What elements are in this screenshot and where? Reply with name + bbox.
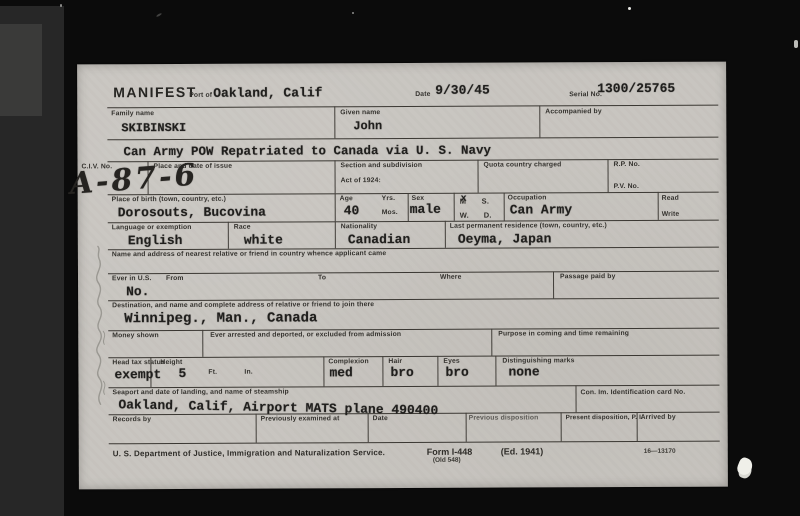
divider xyxy=(228,222,229,249)
divider xyxy=(109,441,720,445)
section-subdivision-label: Section and subdivision xyxy=(341,162,423,169)
rp-no-label: R.P. No. xyxy=(614,161,640,168)
distinguishing-marks-value: none xyxy=(508,364,539,379)
divider xyxy=(108,220,719,224)
residence-value: Oeyma, Japan xyxy=(458,231,552,246)
age-label: Age xyxy=(340,195,353,202)
destination-label: Destination, and name and complete addre… xyxy=(112,301,374,309)
divider xyxy=(256,414,257,443)
form-number: Form I-448 xyxy=(427,447,473,457)
arrived-by-label: Arrived by xyxy=(641,414,676,421)
divider xyxy=(408,193,409,221)
race-value: white xyxy=(244,233,283,248)
from-label: From xyxy=(166,275,184,282)
print-code: 16—13170 xyxy=(644,448,676,455)
manifest-title: MANIFEST xyxy=(113,84,197,100)
conim-card-label: Con. Im. Identification card No. xyxy=(580,389,685,396)
divider xyxy=(607,159,608,192)
divider xyxy=(495,356,496,386)
divider xyxy=(107,137,718,141)
divider xyxy=(323,356,324,386)
form-edition: (Ed. 1941) xyxy=(501,446,544,456)
ever-in-us-value: No. xyxy=(126,284,149,299)
marital-single-label: S. xyxy=(482,197,489,206)
occupation-label: Occupation xyxy=(508,194,547,201)
destination-value: Winnipeg., Man., Canada xyxy=(124,310,317,327)
divider xyxy=(107,105,718,109)
port-value: Oakland, Calif xyxy=(213,85,322,100)
previously-examined-label: Previously examined at xyxy=(261,415,340,422)
occupation-value: Can Army xyxy=(510,202,572,217)
divider xyxy=(437,356,438,386)
divider xyxy=(108,385,719,389)
age-value: 40 xyxy=(344,203,360,218)
film-speck xyxy=(794,40,798,48)
ever-in-us-label: Ever in U.S. xyxy=(112,275,152,282)
given-name-label: Given name xyxy=(340,109,380,116)
film-speck xyxy=(156,13,162,18)
complexion-value: med xyxy=(329,365,352,380)
eyes-value: bro xyxy=(445,365,468,380)
nearest-relative-label: Name and address of nearest relative or … xyxy=(112,250,386,258)
yrs-label: Yrs. xyxy=(382,195,395,202)
read-label: Read xyxy=(662,195,679,202)
handwritten-margin-note xyxy=(84,244,115,409)
marital-divorced-label: D. xyxy=(484,211,492,220)
date-label: Date xyxy=(415,91,430,98)
old-form-number: (Old 548) xyxy=(433,457,461,464)
divider xyxy=(108,298,719,302)
divider xyxy=(466,413,467,442)
remark-line: Can Army POW Repatriated to Canada via U… xyxy=(123,144,491,160)
manifest-card: MANIFEST Port of Oakland, Calif Date 9/3… xyxy=(77,62,728,490)
height-value: 5 xyxy=(178,366,186,381)
marital-x-mark: x xyxy=(461,194,467,205)
eyes-label: Eyes xyxy=(443,358,460,365)
film-speck xyxy=(60,4,62,7)
accompanied-by-label: Accompanied by xyxy=(545,108,602,115)
money-shown-label: Money shown xyxy=(112,332,159,339)
divider xyxy=(202,330,203,357)
divider xyxy=(658,192,659,220)
family-name-value: SKIBINSKI xyxy=(121,121,186,135)
divider xyxy=(445,221,446,248)
film-corner-patch xyxy=(0,24,42,116)
records-by-label: Records by xyxy=(113,416,152,423)
divider xyxy=(335,221,336,248)
film-speck xyxy=(628,7,631,10)
given-name-value: John xyxy=(353,119,382,133)
nationality-label: Nationality xyxy=(341,223,377,230)
race-label: Race xyxy=(234,224,251,231)
sex-value: male xyxy=(410,202,441,217)
residence-label: Last permanent residence (town, country,… xyxy=(450,222,607,230)
in-label: In. xyxy=(244,369,252,376)
place-of-birth-label: Place of birth (town, country, etc.) xyxy=(112,196,226,203)
divider xyxy=(491,329,492,356)
divider xyxy=(477,160,478,193)
divider xyxy=(382,356,383,386)
write-label: Write xyxy=(662,211,680,218)
mos-label: Mos. xyxy=(382,209,398,216)
film-scan-background: MANIFEST Port of Oakland, Calif Date 9/3… xyxy=(0,0,800,516)
records-date-label: Date xyxy=(373,415,388,422)
divider xyxy=(334,160,335,193)
place-of-birth-value: Dorosouts, Bucovina xyxy=(118,205,266,221)
purpose-label: Purpose in coming and time remaining xyxy=(498,330,629,338)
film-speck xyxy=(352,12,354,14)
divider xyxy=(561,412,562,441)
passage-paid-label: Passage paid by xyxy=(560,273,616,280)
previous-disposition-label: Previous disposition xyxy=(469,414,539,421)
agency-imprint: U. S. Department of Justice, Immigration… xyxy=(113,448,385,458)
seaport-label: Seaport and date of landing, and name of… xyxy=(112,388,288,396)
port-of-label: Port of xyxy=(189,92,212,99)
divider xyxy=(368,413,369,442)
divider xyxy=(108,247,719,251)
divider xyxy=(539,105,540,137)
head-tax-value: exempt xyxy=(114,367,161,382)
divider xyxy=(553,271,554,298)
marital-widowed-label: W. xyxy=(460,211,469,220)
where-label: Where xyxy=(440,274,462,281)
hair-value: bro xyxy=(390,365,413,380)
ft-label: Ft. xyxy=(208,369,217,376)
family-name-label: Family name xyxy=(111,110,154,117)
divider xyxy=(454,193,455,221)
divider xyxy=(108,271,719,275)
language-label: Language or exemption xyxy=(112,224,192,231)
present-disposition-label: Present disposition, P. I. xyxy=(566,414,643,421)
divider xyxy=(108,355,719,359)
divider xyxy=(334,106,335,138)
film-blotch xyxy=(735,456,754,477)
date-value: 9/30/45 xyxy=(435,83,490,98)
divider xyxy=(504,193,505,221)
nationality-value: Canadian xyxy=(348,232,410,247)
ever-arrested-label: Ever arrested and deported, or excluded … xyxy=(210,331,401,339)
sex-label: Sex xyxy=(412,195,425,202)
language-value: English xyxy=(128,233,183,248)
pv-no-label: P.V. No. xyxy=(614,183,639,190)
hair-label: Hair xyxy=(388,358,402,365)
head-tax-label: Head tax status xyxy=(112,359,165,366)
to-label: To xyxy=(318,274,326,281)
quota-country-label: Quota country charged xyxy=(484,161,562,168)
serial-no-value: 1300/25765 xyxy=(597,81,675,96)
divider xyxy=(575,385,576,412)
divider xyxy=(335,193,336,221)
act-of-1924-label: Act of 1924: xyxy=(341,177,381,184)
